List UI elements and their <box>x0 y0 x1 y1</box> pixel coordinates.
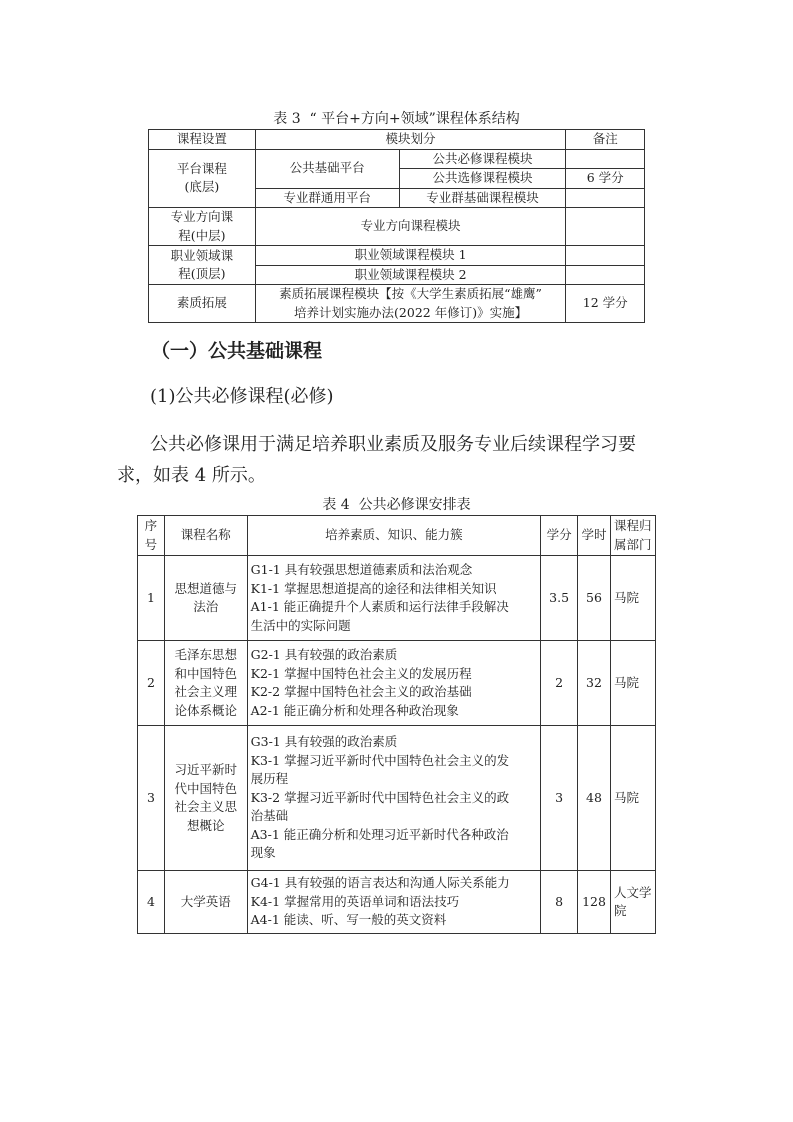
table4-header-row: 序 号 课程名称 培养素质、知识、能力簇 学分 学时 课程归 属部门 <box>138 516 656 556</box>
table-row: 1 思想道德与 法治 G1-1 具有较强思想道德素质和法治观念 K1-1 掌握思… <box>138 556 656 641</box>
header-note: 备注 <box>566 130 645 150</box>
table3-header-row: 课程设置 模块划分 备注 <box>149 130 645 150</box>
section-heading: （一）公共基础课程 <box>151 336 322 363</box>
course-skills: G4-1 具有较强的语言表达和沟通人际关系能力 K4-1 掌握常用的英语单词和语… <box>247 871 541 934</box>
table-row: 2 毛泽东思想 和中国特色 社会主义理 论体系概论 G2-1 具有较强的政治素质… <box>138 641 656 726</box>
course-name: 习近平新时 代中国特色 社会主义思 想概论 <box>164 726 247 871</box>
field-module-1: 职业领域课程模块 1 <box>255 246 566 266</box>
course-dept: 人文学 院 <box>610 871 655 934</box>
public-platform-cell: 公共基础平台 <box>255 149 399 188</box>
course-no: 3 <box>138 726 165 871</box>
group-platform-cell: 专业群通用平台 <box>255 188 399 208</box>
course-name: 思想道德与 法治 <box>164 556 247 641</box>
direction-note <box>566 208 645 246</box>
direction-course-label: 专业方向课 程(中层) <box>149 208 256 246</box>
paragraph-line-1: 公共必修课用于满足培养职业素质及服务专业后续课程学习要 <box>150 430 636 456</box>
public-required-note <box>566 149 645 169</box>
public-required-module: 公共必修课程模块 <box>399 149 566 169</box>
course-skills: G3-1 具有较强的政治素质 K3-1 掌握习近平新时代中国特色社会主义的发 展… <box>247 726 541 871</box>
table3-row: 平台课程 (底层) 公共基础平台 公共必修课程模块 <box>149 149 645 169</box>
platform-course-label: 平台课程 (底层) <box>149 149 256 208</box>
quality-label: 素质拓展 <box>149 285 256 323</box>
header-skills: 培养素质、知识、能力簇 <box>247 516 541 556</box>
course-hours: 48 <box>578 726 611 871</box>
course-hours: 56 <box>578 556 611 641</box>
field-note-2 <box>566 265 645 285</box>
field-note-1 <box>566 246 645 266</box>
course-dept: 马院 <box>610 641 655 726</box>
course-hours: 32 <box>578 641 611 726</box>
header-no: 序 号 <box>138 516 165 556</box>
table3-course-structure: 课程设置 模块划分 备注 平台课程 (底层) 公共基础平台 公共必修课程模块 公… <box>148 129 645 323</box>
table3-caption: 表 3 “ 平台+方向+领域”课程体系结构 <box>148 108 645 128</box>
course-dept: 马院 <box>610 726 655 871</box>
course-skills: G1-1 具有较强思想道德素质和法治观念 K1-1 掌握思想道提高的途径和法律相… <box>247 556 541 641</box>
course-no: 2 <box>138 641 165 726</box>
table4-public-required-courses: 序 号 课程名称 培养素质、知识、能力簇 学分 学时 课程归 属部门 1 思想道… <box>137 515 656 934</box>
direction-module: 专业方向课程模块 <box>255 208 566 246</box>
course-name: 毛泽东思想 和中国特色 社会主义理 论体系概论 <box>164 641 247 726</box>
course-dept: 马院 <box>610 556 655 641</box>
course-credits: 8 <box>541 871 578 934</box>
paragraph-line-2: 求，如表 4 所示。 <box>117 461 266 487</box>
header-credits: 学分 <box>541 516 578 556</box>
table3-row: 职业领域课 程(顶层) 职业领域课程模块 1 <box>149 246 645 266</box>
subheading: (1)公共必修课程(必修) <box>150 382 334 408</box>
group-basic-note <box>566 188 645 208</box>
course-credits: 3.5 <box>541 556 578 641</box>
table-row: 3 习近平新时 代中国特色 社会主义思 想概论 G3-1 具有较强的政治素质 K… <box>138 726 656 871</box>
public-elective-module: 公共选修课程模块 <box>399 169 566 189</box>
quality-note: 12 学分 <box>566 285 645 323</box>
header-module-division: 模块划分 <box>255 130 566 150</box>
course-no: 1 <box>138 556 165 641</box>
field-module-2: 职业领域课程模块 2 <box>255 265 566 285</box>
table4-caption: 表 4 公共必修课安排表 <box>137 494 656 514</box>
header-dept: 课程归 属部门 <box>610 516 655 556</box>
course-hours: 128 <box>578 871 611 934</box>
group-basic-module: 专业群基础课程模块 <box>399 188 566 208</box>
field-course-label: 职业领域课 程(顶层) <box>149 246 256 285</box>
header-course-name: 课程名称 <box>164 516 247 556</box>
course-credits: 2 <box>541 641 578 726</box>
quality-module: 素质拓展课程模块【按《大学生素质拓展“雄鹰” 培养计划实施办法(2022 年修订… <box>255 285 566 323</box>
table3-row: 专业方向课 程(中层) 专业方向课程模块 <box>149 208 645 246</box>
public-elective-note: 6 学分 <box>566 169 645 189</box>
course-skills: G2-1 具有较强的政治素质 K2-1 掌握中国特色社会主义的发展历程 K2-2… <box>247 641 541 726</box>
course-name: 大学英语 <box>164 871 247 934</box>
course-no: 4 <box>138 871 165 934</box>
course-credits: 3 <box>541 726 578 871</box>
table-row: 4 大学英语 G4-1 具有较强的语言表达和沟通人际关系能力 K4-1 掌握常用… <box>138 871 656 934</box>
header-hours: 学时 <box>578 516 611 556</box>
header-course-setting: 课程设置 <box>149 130 256 150</box>
table3-row: 素质拓展 素质拓展课程模块【按《大学生素质拓展“雄鹰” 培养计划实施办法(202… <box>149 285 645 323</box>
